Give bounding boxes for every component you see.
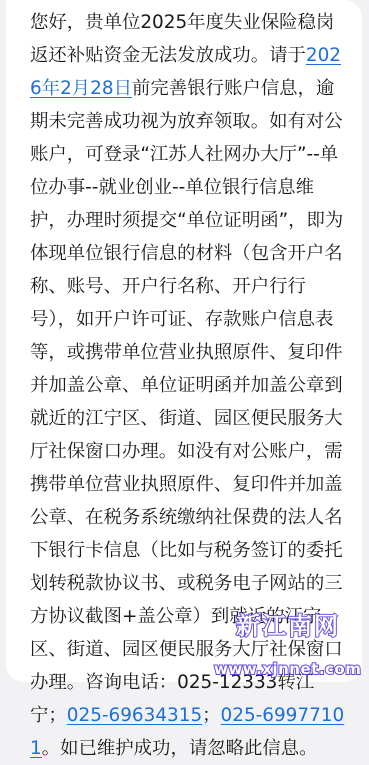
- message-body: 您好，贵单位2025年度失业保险稳岗返还补贴资金无法发放成功。请于2026年2月…: [30, 6, 350, 688]
- message-text-intro: 您好，贵单位2025年度失业保险稳岗返还补贴资金无法发放成功。请于: [30, 12, 334, 66]
- sms-message-bubble: 您好，贵单位2025年度失业保险稳岗返还补贴资金无法发放成功。请于2026年2月…: [6, 0, 362, 682]
- message-text-main: 前完善银行账户信息，逾期未完善成功视为放弃领取。如有对公账户，可登录“江苏人社网…: [30, 78, 343, 688]
